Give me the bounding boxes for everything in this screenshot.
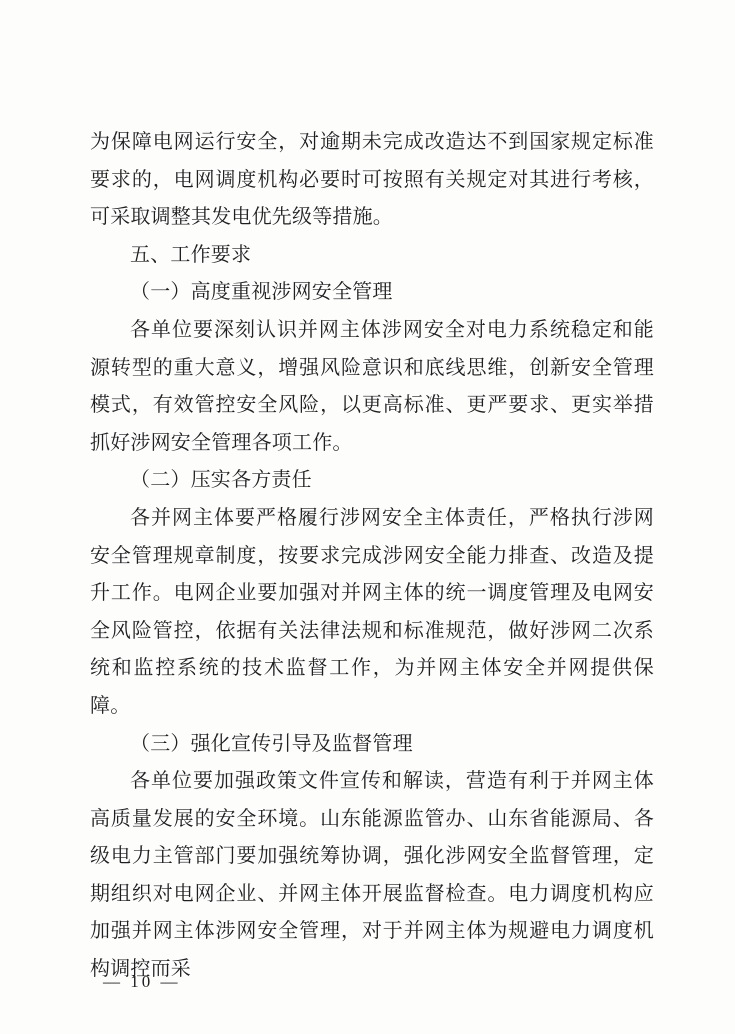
- section-heading-work-requirements: 五、工作要求: [90, 237, 654, 275]
- paragraph: 各并网主体要严格履行涉网安全主体责任，严格执行涉网安全管理规章制度，按要求完成涉…: [90, 500, 654, 726]
- scanned-document-page: { "theme": { "ink": "#1e1e20", "paper": …: [0, 0, 735, 1034]
- document-body: 为保障电网运行安全，对逾期未完成改造达不到国家规定标准要求的，电网调度机构必要时…: [90, 124, 654, 989]
- paragraph-continuation: 为保障电网运行安全，对逾期未完成改造达不到国家规定标准要求的，电网调度机构必要时…: [90, 124, 654, 237]
- subsection-heading-2: （二）压实各方责任: [90, 462, 654, 500]
- paragraph: 各单位要加强政策文件宣传和解读，营造有利于并网主体高质量发展的安全环境。山东能源…: [90, 763, 654, 989]
- page-number: — 10 —: [103, 972, 181, 992]
- subsection-heading-3: （三）强化宣传引导及监督管理: [90, 726, 654, 764]
- subsection-heading-1: （一）高度重视涉网安全管理: [90, 274, 654, 312]
- paragraph: 各单位要深刻认识并网主体涉网安全对电力系统稳定和能源转型的重大意义，增强风险意识…: [90, 312, 654, 462]
